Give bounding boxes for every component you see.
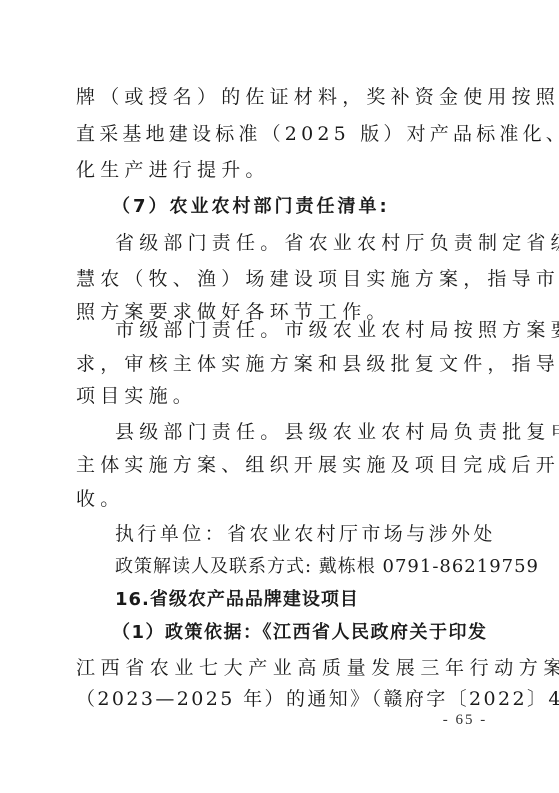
paragraph-line: 县级部门责任。县级农业农村局负责批复申报: [115, 418, 486, 446]
section-heading-brand-project: 16.省级农产品品牌建设项目: [115, 586, 486, 614]
paragraph-line: 收。: [76, 485, 486, 513]
executing-unit-line: 执行单位：省农业农村厅市场与涉外处: [115, 520, 486, 548]
paragraph-line: 市级部门责任。市级农业农村局按照方案要: [115, 316, 486, 344]
page-number: - 65 -: [430, 712, 500, 729]
paragraph-line: 求，审核主体实施方案和县级批复文件，指导开展: [76, 350, 486, 378]
policy-basis-line: （1）政策依据：《江西省人民政府关于印发: [112, 619, 483, 647]
paragraph-line: 直采基地建设标准（2025 版）对产品标准化、规模: [76, 120, 486, 148]
paragraph-line: 牌（或授名）的佐证材料，奖补资金使用按照绿色: [76, 83, 486, 111]
section-heading-responsibility-list: （7）农业农村部门责任清单:: [112, 193, 483, 221]
paragraph-line: 省级部门责任。省农业农村厅负责制定省级智: [115, 229, 486, 257]
paragraph-line: 慧农（牧、渔）场建设项目实施方案，指导市县按: [76, 265, 486, 293]
contact-info-line: 政策解读人及联系方式: 戴栋根 0791-86219759: [115, 553, 486, 581]
document-page: 牌（或授名）的佐证材料，奖补资金使用按照绿色 直采基地建设标准（2025 版）对…: [0, 0, 559, 793]
paragraph-line: 江西省农业七大产业高质量发展三年行动方案: [76, 654, 486, 682]
paragraph-line: 主体实施方案、组织开展实施及项目完成后开展验: [76, 451, 486, 479]
paragraph-line: 项目实施。: [76, 382, 486, 410]
paragraph-line: （2023—2025 年）的通知》（赣府字〔2022〕45: [76, 685, 486, 713]
paragraph-line: 化生产进行提升。: [76, 156, 486, 184]
